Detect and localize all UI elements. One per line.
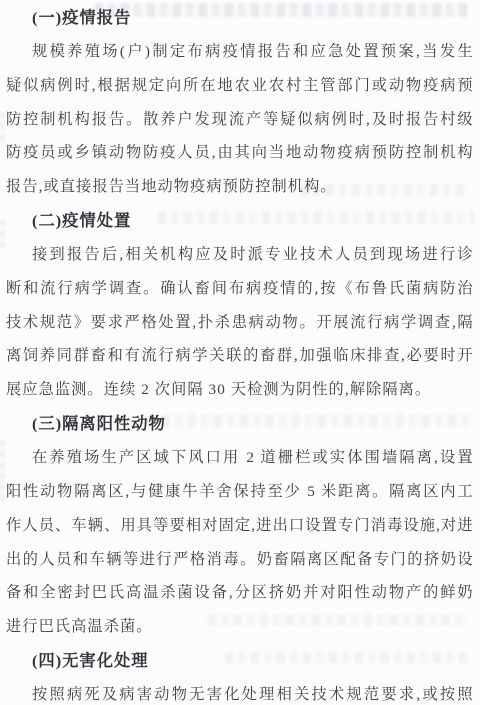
bleed-through-artifact: [0, 220, 5, 248]
text-line: 疑似病例时,根据规定向所在地农业农村主管部门或动物疫病预: [6, 69, 473, 103]
text-line: 出的人员和车辆等进行严格消毒。奶畜隔离区配备专门的挤奶设: [6, 543, 473, 577]
text-line: 备和全密封巴氏高温杀菌设备,分区挤奶并对阳性动物产的鲜奶: [6, 576, 473, 610]
text-line: 技术规范》要求严格处置,扑杀患病动物。开展流行病学调查,隔: [6, 306, 473, 340]
document-body: (一)疫情报告 规模养殖场(户)制定布病疫情报告和应急处置预案,当发生 疑似病例…: [6, 1, 473, 705]
bleed-through-artifact: [0, 112, 5, 146]
section-heading-2: (二)疫情处置: [6, 204, 473, 238]
text-line: 断和流行病学调查。确认畜间布病疫情的,按《布鲁氏菌病防治: [6, 272, 473, 306]
text-line: 防疫员或乡镇动物防疫人员,由其向当地动物疫病预防控制机构: [6, 136, 473, 170]
text-line: 接到报告后,相关机构应及时派专业技术人员到现场进行诊: [6, 238, 473, 272]
text-line: 展应急监测。连续 2 次间隔 30 天检测为阴性的,解除隔离。: [6, 373, 473, 407]
text-line: 进行巴氏高温杀菌。: [6, 610, 473, 644]
text-line: 按照病死及病害动物无害化处理相关技术规范要求,或按照: [6, 678, 473, 705]
text-line: 离饲养同群畜和有流行病学关联的畜群,加强临床排查,必要时开: [6, 339, 473, 373]
text-line: 规模养殖场(户)制定布病疫情报告和应急处置预案,当发生: [6, 35, 473, 69]
text-line: 阳性动物隔离区,与健康牛羊舍保持至少 5 米距离。隔离区内工: [6, 475, 473, 509]
section-heading-1: (一)疫情报告: [6, 1, 473, 35]
text-line: 报告,或直接报告当地动物疫病预防控制机构。: [6, 170, 473, 204]
text-line: 在养殖场生产区域下风口用 2 道栅栏或实体围墙隔离,设置: [6, 441, 473, 475]
text-line: 防控制机构报告。散养户发现流产等疑似病例时,及时报告村级: [6, 103, 473, 137]
text-line: 作人员、车辆、用具等要相对固定,进出口设置专门消毒设施,对进: [6, 509, 473, 543]
section-heading-4: (四)无害化处理: [6, 644, 473, 678]
document-page: (一)疫情报告 规模养殖场(户)制定布病疫情报告和应急处置预案,当发生 疑似病例…: [0, 0, 480, 705]
section-heading-3: (三)隔离阳性动物: [6, 407, 473, 441]
bleed-through-artifact: [0, 440, 5, 502]
